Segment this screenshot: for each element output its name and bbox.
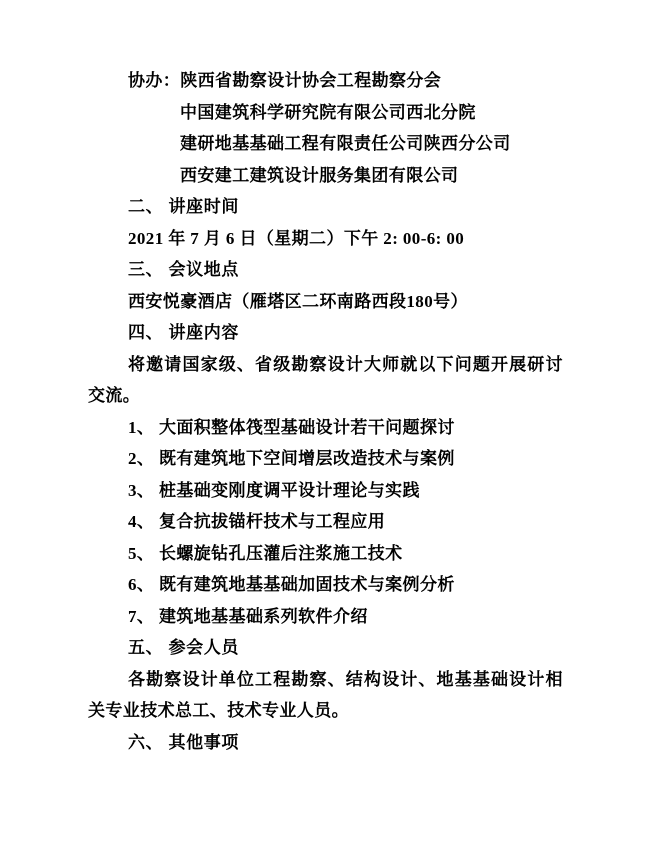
- lecture-topic-item: 5、 长螺旋钻孔压灌后注浆施工技术: [88, 538, 562, 570]
- lecture-topic-item: 2、 既有建筑地下空间增层改造技术与案例: [88, 443, 562, 475]
- co-organizer-company: 西安建工建筑设计服务集团有限公司: [88, 160, 562, 192]
- co-organizer-intro-line: 协办：陕西省勘察设计协会工程勘察分会: [88, 65, 562, 97]
- section-heading-meeting-location: 三、 会议地点: [88, 254, 562, 286]
- participants-line2: 关专业技术总工、技术专业人员。: [88, 695, 562, 727]
- lecture-topic-item: 1、 大面积整体筏型基础设计若干问题探讨: [88, 412, 562, 444]
- lecture-time-value: 2021 年 7 月 6 日（星期二）下午 2: 00-6: 00: [88, 223, 562, 255]
- lecture-topic-item: 3、 桩基础变刚度调平设计理论与实践: [88, 475, 562, 507]
- lecture-topic-item: 4、 复合抗拔锚杆技术与工程应用: [88, 506, 562, 538]
- meeting-location-value: 西安悦豪酒店（雁塔区二环南路西段180号）: [88, 286, 562, 318]
- lecture-content-intro-line1: 将邀请国家级、省级勘察设计大师就以下问题开展研讨: [88, 349, 562, 381]
- section-heading-lecture-content: 四、 讲座内容: [88, 317, 562, 349]
- lecture-content-intro-line2: 交流。: [88, 380, 562, 412]
- section-heading-participants: 五、 参会人员: [88, 632, 562, 664]
- co-organizer-company: 建研地基基础工程有限责任公司陕西分公司: [88, 128, 562, 160]
- document-page: 协办：陕西省勘察设计协会工程勘察分会 中国建筑科学研究院有限公司西北分院 建研地…: [0, 0, 650, 842]
- section-heading-other-matters: 六、 其他事项: [88, 727, 562, 759]
- lecture-topic-item: 7、 建筑地基基础系列软件介绍: [88, 601, 562, 633]
- lecture-topic-item: 6、 既有建筑地基基础加固技术与案例分析: [88, 569, 562, 601]
- co-organizer-company: 中国建筑科学研究院有限公司西北分院: [88, 97, 562, 129]
- participants-line1: 各勘察设计单位工程勘察、结构设计、地基基础设计相: [88, 664, 562, 696]
- section-heading-lecture-time: 二、 讲座时间: [88, 191, 562, 223]
